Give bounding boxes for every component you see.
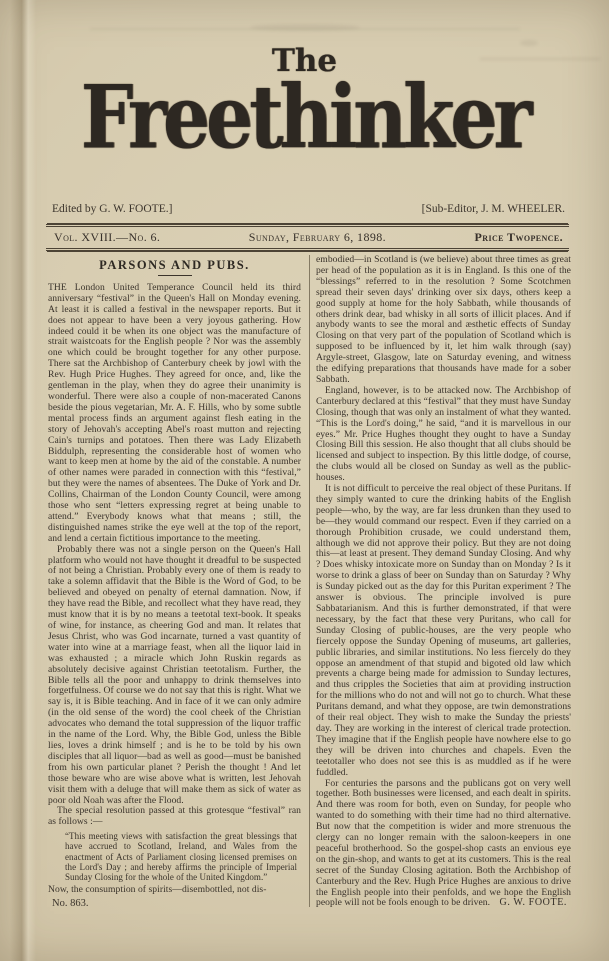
editor-credit: Edited by G. W. FOOTE.] [52,203,172,215]
paragraph: It is not difficult to perceive the real… [316,484,571,778]
paragraph: The special resolution passed at this gr… [48,806,301,828]
issue-bar-inner: Vol. XVIII.—No. 6. Sunday, February 6, 1… [46,226,569,249]
left-column: PARSONS AND PUBS. THE London United Temp… [48,255,301,907]
issue-footline: No. 863. [52,898,88,909]
newspaper-page: The Freethinker Edited by G. W. FOOTE.] … [0,0,609,961]
issue-price: Price Twopence. [475,230,563,245]
issue-date: Sunday, February 6, 1898. [249,230,386,245]
title-rule [158,275,192,276]
paragraph: England, however, is to be attacked now.… [316,386,571,484]
article-columns: PARSONS AND PUBS. THE London United Temp… [48,255,571,907]
paragraph: For centuries the parsons and the public… [316,779,571,908]
right-column: embodied—in Scotland is (we believe) abo… [316,255,571,907]
masthead: The Freethinker [0,46,609,150]
paragraph: THE London United Temperance Council hel… [48,283,301,545]
bleed-through-ghost-text [250,24,360,31]
issue-bar: Vol. XVIII.—No. 6. Sunday, February 6, 1… [46,224,569,251]
bleed-through-ghost-line [90,28,520,30]
resolution-quote: “This meeting views with satisfaction th… [65,831,297,882]
sub-editor-credit: [Sub-Editor, J. M. WHEELER. [422,203,565,215]
editor-line: Edited by G. W. FOOTE.] [Sub-Editor, J. … [52,203,565,215]
article-title: PARSONS AND PUBS. [48,255,301,271]
column-divider [309,255,310,907]
paragraph: Now, the consumption of spirits—disembot… [48,885,301,896]
volume-number: Vol. XVIII.—No. 6. [54,230,160,245]
paragraph: Probably there was not a single person o… [48,545,301,807]
masthead-title: Freethinker [0,72,609,164]
paragraph: embodied—in Scotland is (we believe) abo… [316,255,571,386]
